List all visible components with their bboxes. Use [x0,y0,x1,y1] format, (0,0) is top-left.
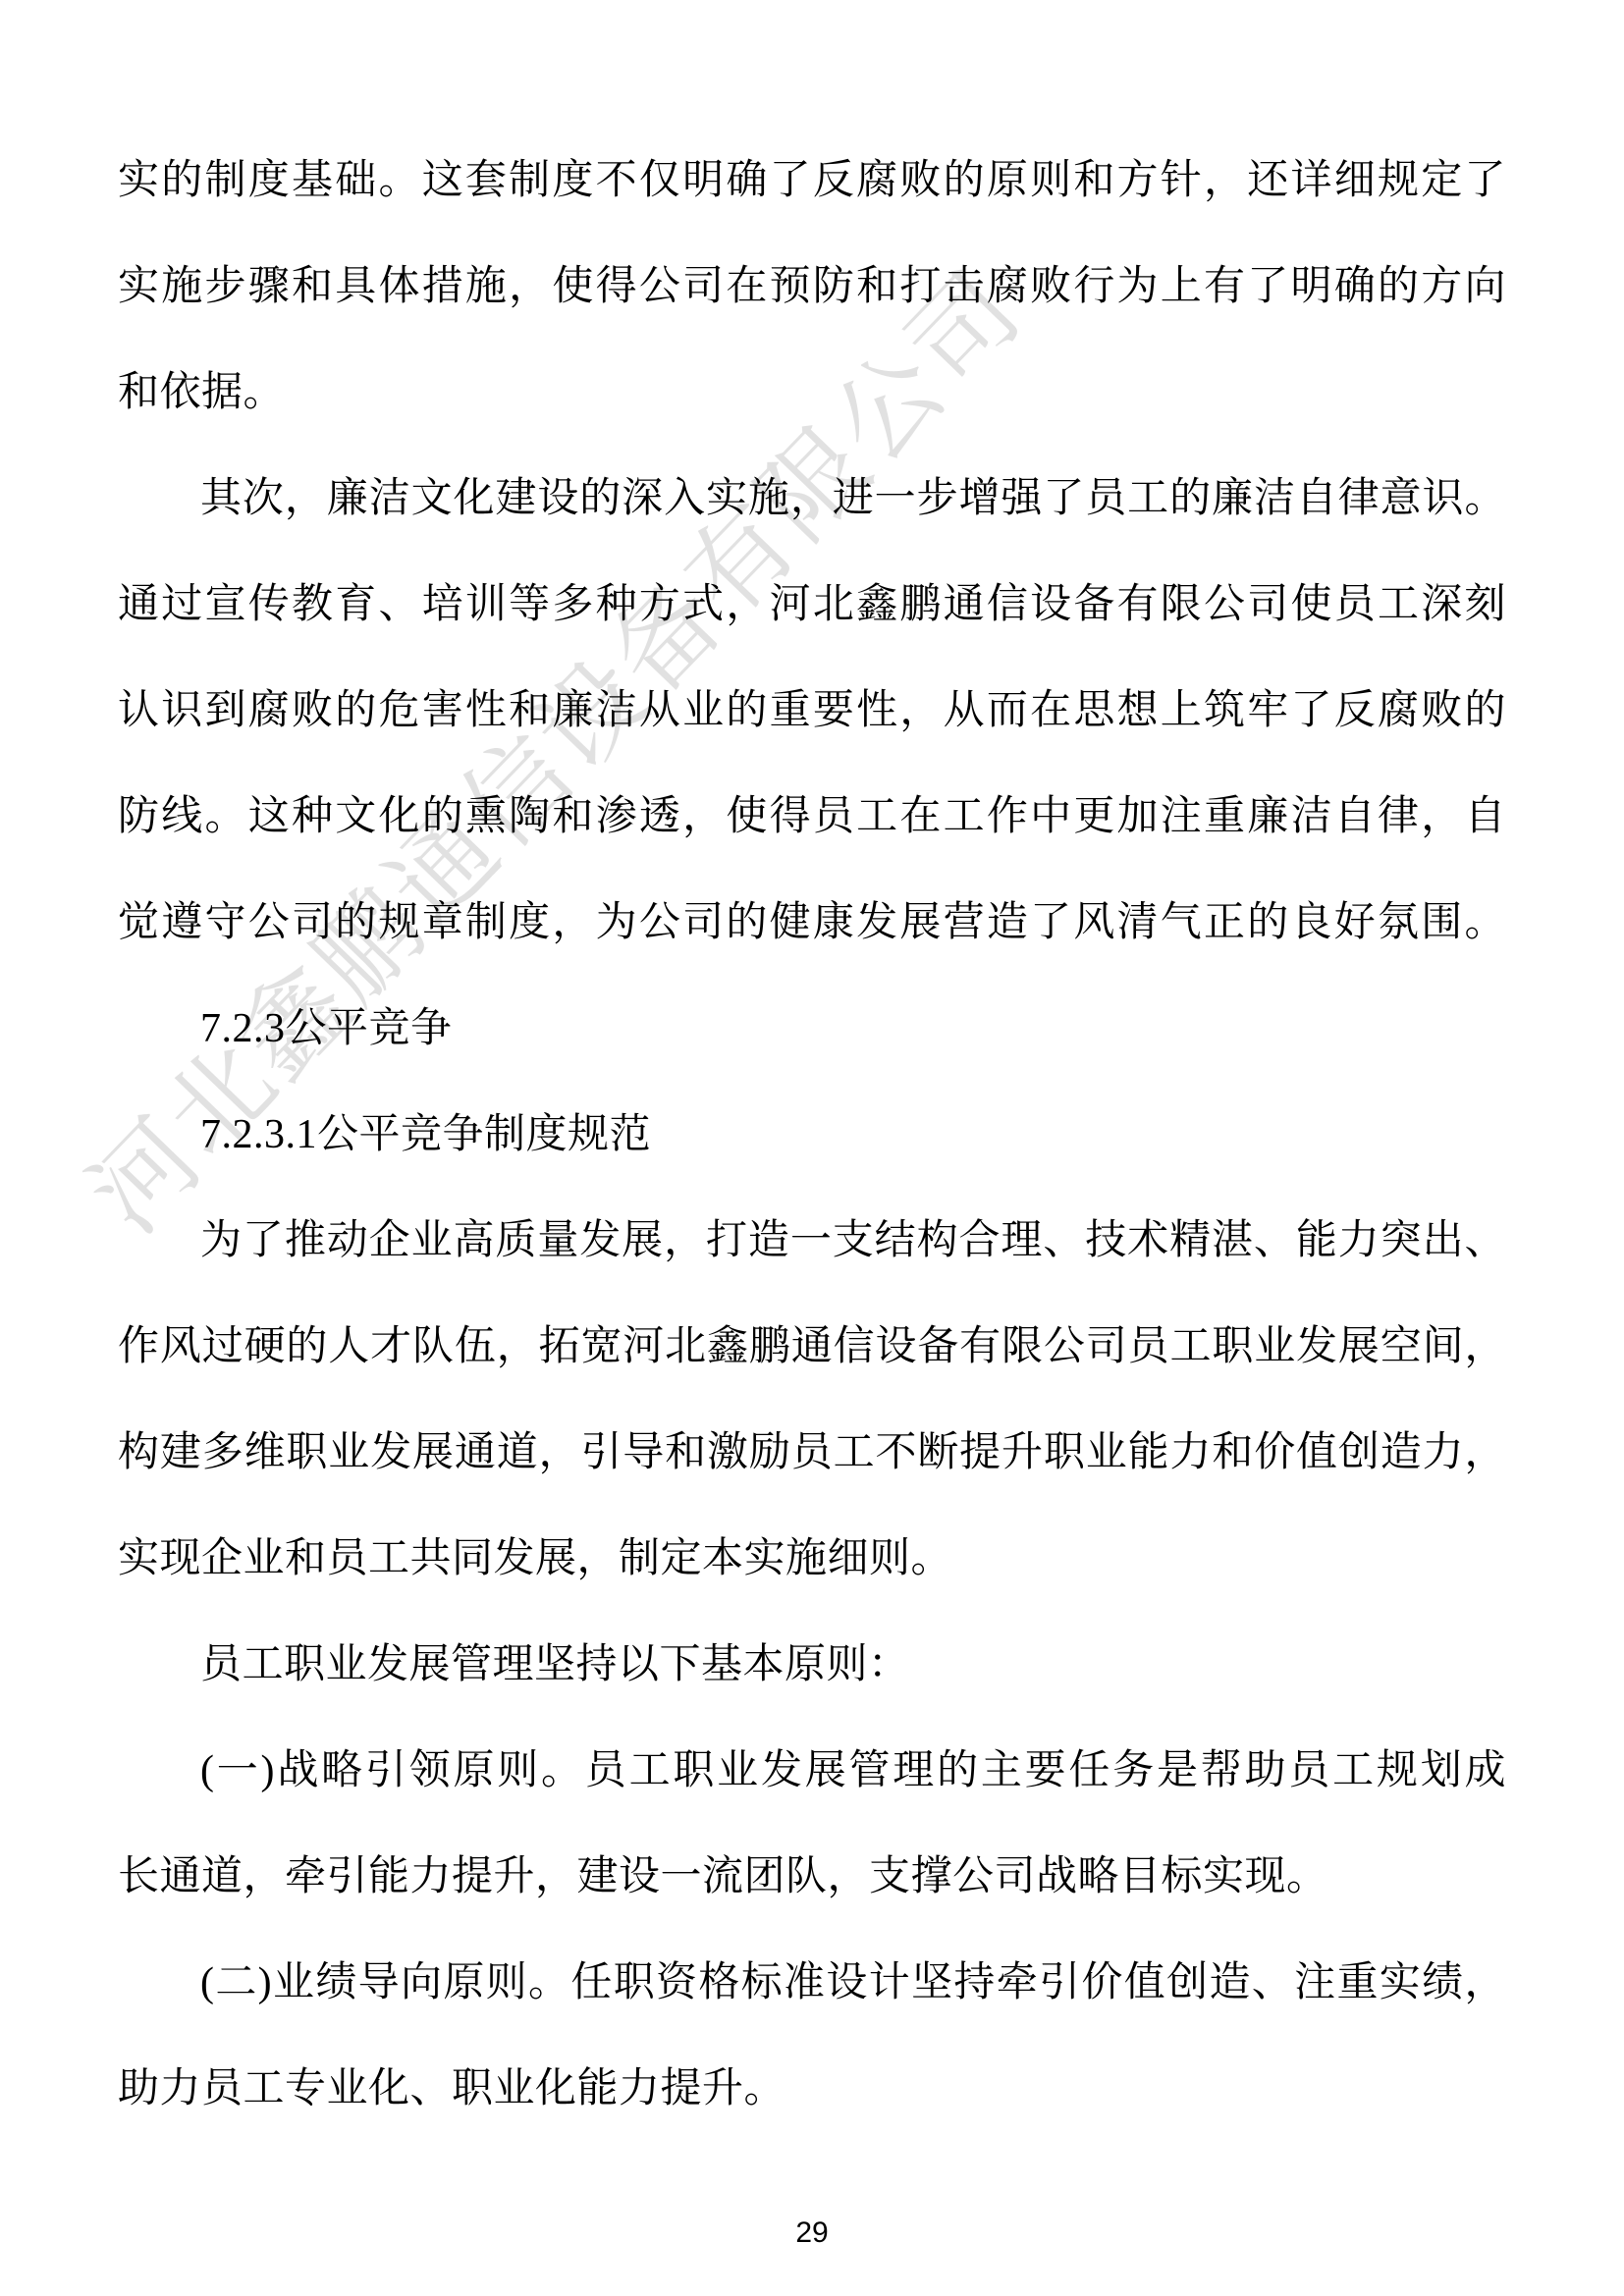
heading-7-2-3: 7.2.3公平竞争 [118,976,1506,1082]
body-line: 防线。这种文化的熏陶和渗透，使得员工在工作中更加注重廉洁自律，自 [118,764,1506,870]
document-body: 实的制度基础。这套制度不仅明确了反腐败的原则和方针，还详细规定了 实施步骤和具体… [118,128,1506,2142]
body-line: (二)业绩导向原则。任职资格标准设计坚持牵引价值创造、注重实绩， [118,1930,1506,2036]
body-line: 通过宣传教育、培训等多种方式，河北鑫鹏通信设备有限公司使员工深刻 [118,552,1506,658]
body-line: 助力员工专业化、职业化能力提升。 [118,2036,1506,2142]
body-line: 员工职业发展管理坚持以下基本原则： [118,1612,1506,1718]
body-line: 构建多维职业发展通道，引导和激励员工不断提升职业能力和价值创造力， [118,1400,1506,1506]
body-line: 觉遵守公司的规章制度，为公司的健康发展营造了风清气正的良好氛围。 [118,870,1506,976]
body-line: 实施步骤和具体措施，使得公司在预防和打击腐败行为上有了明确的方向 [118,234,1506,340]
body-line: 作风过硬的人才队伍，拓宽河北鑫鹏通信设备有限公司员工职业发展空间， [118,1294,1506,1400]
body-line: 和依据。 [118,340,1506,446]
document-page: 河北鑫鹏通信设备有限公司 实的制度基础。这套制度不仅明确了反腐败的原则和方针，还… [0,0,1624,2296]
body-line: (一)战略引领原则。员工职业发展管理的主要任务是帮助员工规划成 [118,1718,1506,1824]
body-line: 认识到腐败的危害性和廉洁从业的重要性，从而在思想上筑牢了反腐败的 [118,658,1506,764]
body-line: 实现企业和员工共同发展，制定本实施细则。 [118,1506,1506,1612]
body-line: 为了推动企业高质量发展，打造一支结构合理、技术精湛、能力突出、 [118,1188,1506,1294]
body-line: 实的制度基础。这套制度不仅明确了反腐败的原则和方针，还详细规定了 [118,128,1506,234]
body-line: 长通道，牵引能力提升，建设一流团队，支撑公司战略目标实现。 [118,1824,1506,1930]
body-line: 其次，廉洁文化建设的深入实施，进一步增强了员工的廉洁自律意识。 [118,446,1506,552]
heading-7-2-3-1: 7.2.3.1公平竞争制度规范 [118,1082,1506,1188]
page-number-label: 29 [795,2216,828,2250]
